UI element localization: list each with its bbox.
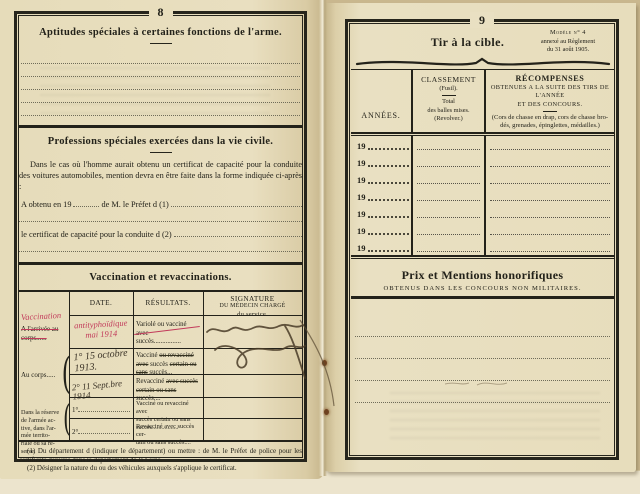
footnote-1: (1) Du département d (indiquer le départ…	[19, 447, 302, 464]
year-prefix: 19	[357, 193, 368, 202]
classement-fusil: (Fusil).	[413, 85, 484, 94]
classement-total: Total	[413, 98, 484, 107]
dotted-blank	[368, 182, 410, 184]
header-resultats: RÉSULTATS.	[133, 292, 203, 316]
dotted-blank	[78, 433, 130, 434]
recompenses-blank	[486, 221, 614, 238]
model-annotation: Modèle n° 4 annexé au Règlement du 31 ao…	[522, 29, 614, 55]
recompenses-blank	[486, 204, 614, 221]
scanned-military-booklet: { "scan": { "left_page_number": "8", "ri…	[0, 0, 640, 494]
year-row: 19	[351, 187, 413, 204]
label-line: corps......	[21, 334, 47, 342]
binding-stitch	[322, 360, 327, 366]
result-cell-row3a: Vacciné ou revacciné avec succès certain…	[133, 398, 203, 419]
column-header-annees: ANNÉES.	[351, 70, 413, 132]
blank-dotted-line	[19, 239, 302, 252]
blank-dotted-line	[355, 337, 610, 359]
classement-blank	[413, 187, 486, 204]
year-row: 19	[351, 221, 413, 238]
annees-label: ANNÉES.	[361, 111, 400, 120]
result-text: Revacciné	[136, 378, 166, 385]
classement-revolver: (Revolver.)	[413, 115, 484, 124]
date-cell-row3a: 1°	[69, 398, 133, 419]
professions-paragraph: Dans le cas où l'homme aurait obtenu un …	[19, 160, 302, 192]
section-title-vaccination: Vaccination et revaccinations.	[19, 272, 302, 283]
dotted-blank	[73, 206, 99, 207]
row-label-arrivee: Vaccination A l'arrivée au corps......	[19, 316, 69, 349]
recompenses-blank	[486, 238, 614, 255]
blank-dotted-line	[21, 51, 300, 64]
row-label-reserve: Dans la réserve de l'armée ac- tive, dan…	[19, 398, 69, 440]
shooting-table: ANNÉES. CLASSEMENT (Fusil). Total des ba…	[351, 69, 614, 255]
footnotes: (1) Du département d (indiquer le départ…	[19, 447, 302, 473]
result-text: succès	[148, 361, 169, 368]
prix-title: Prix et Mentions honorifiques	[351, 268, 614, 283]
prix-section: Prix et Mentions honorifiques OBTENUS DA…	[351, 268, 614, 403]
title-rule	[150, 43, 172, 44]
blank-dotted-line	[355, 359, 610, 381]
binding-stitch	[324, 409, 329, 415]
result-cell-row2a: Vacciné ou revacciné avec succès certain…	[133, 349, 203, 375]
section-title-tir: Tir à la cible.	[351, 29, 522, 50]
signature-cell-row3a	[203, 398, 302, 419]
dotted-blank	[417, 183, 480, 184]
footnote-2: (2) Désigner la nature du ou des véhicul…	[19, 464, 302, 473]
result-cell-row1: Variolé ou vacciné avec succès..........…	[133, 316, 203, 349]
result-text: Variolé ou vacciné avec succès..........…	[136, 321, 187, 345]
recompenses-blank	[486, 153, 614, 170]
table-bottom-rule	[351, 255, 614, 259]
recompenses-blank	[486, 187, 614, 204]
dotted-blank	[490, 183, 610, 184]
header-signature-line2: DU MÉDECIN CHARGÉ	[206, 303, 299, 310]
dotted-blank	[78, 411, 130, 412]
vaccination-table: DATE. RÉSULTATS. SIGNATURE DU MÉDECIN CH…	[19, 290, 302, 442]
dotted-blank	[417, 200, 480, 201]
tiny-rule	[442, 95, 456, 96]
classement-blank	[413, 204, 486, 221]
dotted-blank	[490, 149, 610, 150]
recompenses-title: RÉCOMPENSES	[486, 74, 614, 85]
year-prefix: 19	[357, 159, 368, 168]
title-rule	[150, 152, 172, 153]
dotted-blank	[417, 251, 480, 252]
dotted-blank	[490, 251, 610, 252]
blank-dotted-line	[355, 381, 610, 403]
dotted-blank	[368, 250, 410, 252]
dotted-blank	[490, 166, 610, 167]
blank-dotted-line	[21, 103, 300, 116]
date-cell-row3b: 2°	[69, 419, 133, 440]
prix-divider	[351, 296, 614, 299]
result-cell-row3b: Revacciné avec succès cer- tain ou sans …	[133, 419, 203, 440]
result-text: Vacciné	[136, 352, 159, 359]
dotted-blank	[490, 217, 610, 218]
year-row: 19	[351, 204, 413, 221]
year-row: 19	[351, 136, 413, 153]
recompenses-note: (Cors de chasse en drap, cors de chasse …	[486, 114, 614, 130]
year-prefix: 19	[357, 244, 368, 253]
header-date: DATE.	[69, 292, 133, 316]
aptitudes-blank-lines	[19, 51, 302, 116]
decorative-swash	[354, 56, 612, 69]
dotted-blank	[417, 149, 480, 150]
label-line: Au corps.....	[21, 371, 55, 380]
signature-cell-row2a	[203, 349, 302, 375]
blank-dotted-line	[21, 64, 300, 77]
left-page-content: Aptitudes spéciales à certaines fonction…	[19, 15, 302, 473]
dotted-blank	[368, 199, 410, 201]
tiny-rule	[543, 111, 557, 112]
binding-gutter	[319, 0, 327, 476]
blank-dotted-line	[19, 209, 302, 222]
dotted-blank	[490, 234, 610, 235]
year-prefix: 19	[357, 142, 368, 151]
column-header-classement: CLASSEMENT (Fusil). Total des balles mis…	[413, 70, 486, 132]
section-title-aptitudes: Aptitudes spéciales à certaines fonction…	[19, 27, 302, 38]
year-prefix: 19	[357, 210, 368, 219]
blank-dotted-line	[21, 77, 300, 90]
classement-title: CLASSEMENT	[413, 75, 484, 85]
ordinal: 1°	[72, 406, 78, 415]
blank-dotted-line	[21, 90, 300, 103]
classement-blank	[413, 153, 486, 170]
model-line1: Modèle n° 4	[522, 29, 614, 38]
header-signature-line1: SIGNATURE	[230, 294, 274, 303]
model-line3: du 31 août 1905.	[522, 46, 614, 55]
dotted-blank	[368, 148, 410, 150]
blank-dotted-line	[355, 315, 610, 337]
dotted-blank	[490, 200, 610, 201]
recompenses-sub1: OBTENUES A LA SUITE DES TIRS DE L'ANNÉE	[486, 84, 614, 100]
recompenses-sub2: ET DES CONCOURS.	[486, 101, 614, 109]
year-row: 19	[351, 170, 413, 187]
date-cell-row2b: 2° 11 Sept.bre 1914	[69, 375, 133, 398]
signature-cell-row3b	[203, 419, 302, 440]
recompenses-blank	[486, 136, 614, 153]
classement-balles: des balles mises.	[413, 107, 484, 116]
dotted-blank	[174, 236, 302, 237]
column-header-recompenses: RÉCOMPENSES OBTENUES A LA SUITE DES TIRS…	[486, 70, 614, 132]
prix-blank-lines	[351, 315, 614, 403]
certificate-line-2: le certificat de capacité pour la condui…	[19, 230, 302, 239]
line1-text2: de M. le Préfet d (1)	[99, 200, 170, 209]
ordinal: 2°	[72, 428, 78, 437]
date-cell-row1: antityphoïdique mai 1914	[69, 316, 133, 349]
year-prefix: 19	[357, 176, 368, 185]
dotted-blank	[368, 216, 410, 218]
signature-cell-row2b	[203, 375, 302, 398]
dotted-blank	[417, 166, 480, 167]
tir-header: Tir à la cible. Modèle n° 4 annexé au Rè…	[351, 29, 614, 55]
section-title-professions: Professions spéciales exercées dans la v…	[19, 136, 302, 147]
dotted-blank	[368, 165, 410, 167]
result-text: Revacciné avec succès cer- tain ou sans …	[136, 423, 194, 446]
signature-cell-row1	[203, 316, 302, 349]
recompenses-blank	[486, 170, 614, 187]
result-cell-row2b: Revacciné avec succès certain ou sans su…	[133, 375, 203, 398]
handwritten-red-note: Vaccination	[21, 311, 62, 323]
classement-blank	[413, 238, 486, 255]
dotted-blank	[368, 233, 410, 235]
handwritten-red-date: antityphoïdique mai 1914	[71, 317, 130, 342]
dotted-blank	[171, 206, 302, 207]
line2-text: le certificat de capacité pour la condui…	[19, 230, 174, 239]
year-prefix: 19	[357, 227, 368, 236]
dotted-blank	[417, 234, 480, 235]
classement-blank	[413, 170, 486, 187]
date-cell-row2a: 1° 15 octobre 1913.	[69, 349, 133, 375]
year-row: 19	[351, 153, 413, 170]
label-line: A l'arrivée au	[21, 325, 58, 333]
header-signature: SIGNATURE DU MÉDECIN CHARGÉ du service.	[203, 292, 302, 316]
line1-text: A obtenu en 19	[19, 200, 73, 209]
model-line2: annexé au Règlement	[522, 38, 614, 47]
classement-blank	[413, 221, 486, 238]
certificate-line-1: A obtenu en 19 de M. le Préfet d (1)	[19, 200, 302, 209]
row-label-au-corps: Au corps..... (	[19, 349, 69, 398]
prix-subtitle: OBTENUS DANS LES CONCOURS NON MILITAIRES…	[351, 285, 614, 292]
right-page-content: Tir à la cible. Modèle n° 4 annexé au Rè…	[351, 25, 614, 403]
year-row: 19	[351, 238, 413, 255]
classement-blank	[413, 136, 486, 153]
handwritten-date: 1° 15 octobre 1913.	[71, 349, 131, 375]
dotted-blank	[417, 217, 480, 218]
